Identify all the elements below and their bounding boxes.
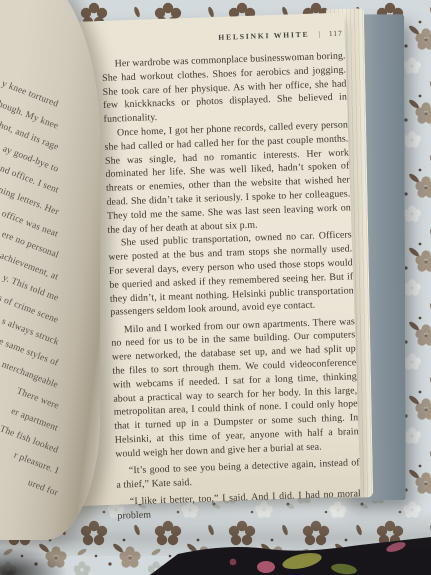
page-number: 117 — [329, 29, 343, 38]
paragraph: “It’s good to see you being a detective … — [116, 456, 361, 492]
left-page: y knee torturedd, though. My kneeshot, a… — [0, 0, 100, 540]
photo-scene: HELSINKI WHITE | 117 Her wardrobe was co… — [0, 0, 431, 575]
page-text-block: HELSINKI WHITE | 117 Her wardrobe was co… — [101, 28, 362, 523]
body-text: Her wardrobe was commonplace businesswom… — [101, 49, 361, 523]
paragraph: Milo and I worked from our own apartment… — [111, 315, 360, 461]
page-header: HELSINKI WHITE | 117 — [101, 29, 343, 46]
paragraph: Once home, I got her phone records, call… — [104, 118, 352, 237]
maroon-dot-shape — [230, 559, 237, 566]
paragraph: She used public transportation, owned no… — [108, 229, 355, 320]
header-separator: | — [318, 29, 320, 38]
left-page-text-fragment: There were — [15, 387, 60, 412]
pink-fabric-shape — [257, 561, 275, 573]
paragraph: Her wardrobe was commonplace businesswom… — [101, 49, 347, 126]
running-title: HELSINKI WHITE — [218, 30, 309, 42]
left-page-text-fragment: ured for — [27, 478, 60, 499]
